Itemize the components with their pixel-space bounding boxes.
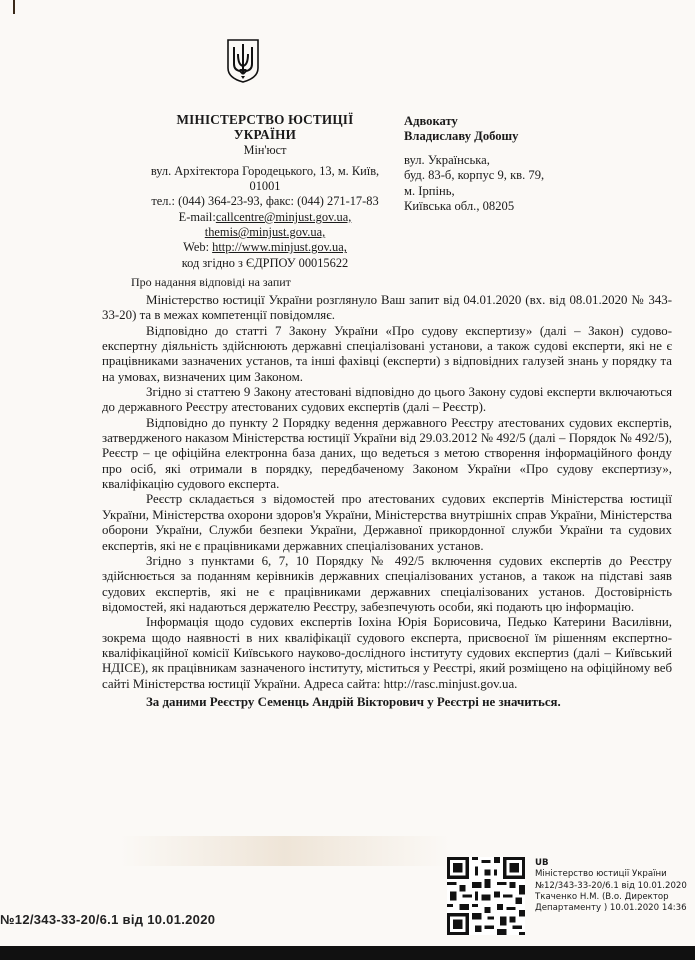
addressee-title: Адвокату [404, 114, 664, 129]
addressee-street: вул. Українська, [404, 153, 664, 168]
qr-code-icon [447, 857, 525, 935]
conclusion-paragraph: За даними Реєстру Семенць Андрій Вікторо… [102, 695, 672, 710]
scan-edge [0, 946, 695, 960]
letter-body: Міністерство юстиції України розглянуло … [102, 293, 672, 710]
electronic-signature-stamp: UB Міністерство юстиції України №12/343-… [447, 857, 695, 945]
stamp-reg: №12/343-33-20/6.1 від 10.01.2020 [535, 881, 695, 892]
ministry-name: МІНІСТЕРСТВО ЮСТИЦІЇ [140, 112, 390, 127]
paragraph: Відповідно до пункту 2 Порядку ведення д… [102, 416, 672, 493]
paragraph: Міністерство юстиції України розглянуло … [102, 293, 672, 324]
ministry-address: вул. Архітектора Городецького, 13, м. Ки… [140, 164, 390, 195]
scan-smudge [120, 836, 450, 866]
ministry-web-row: Web: http://www.minjust.gov.ua, [140, 240, 390, 255]
ministry-abbr: Мін'юст [140, 143, 390, 158]
addressee-block: Адвокату Владиславу Добошу вул. Українсь… [404, 114, 664, 214]
footer-registration-number: №12/343-33-20/6.1 від 10.01.2020 [0, 912, 215, 927]
paragraph: Інформація щодо судових експертів Іохіна… [102, 615, 672, 692]
paragraph: Згідно з пунктами 6, 7, 10 Порядку № 492… [102, 554, 672, 615]
paragraph: Згідно зі статтею 9 Закону атестовані ві… [102, 385, 672, 416]
stamp-system: UB [535, 858, 695, 869]
scan-corner-mark [13, 0, 15, 14]
stamp-signer-dept: Департаменту ) 10.01.2020 14:36 [535, 903, 695, 914]
ministry-email-row: E-mail:callcentre@minjust.gov.ua, [140, 210, 390, 225]
addressee-city: м. Ірпінь, [404, 184, 664, 199]
addressee-building: буд. 83-б, корпус 9, кв. 79, [404, 168, 664, 183]
web-link[interactable]: http://www.minjust.gov.ua, [212, 240, 347, 254]
ministry-phones: тел.: (044) 364-23-93, факс: (044) 271-1… [140, 194, 390, 209]
email-link-callcentre[interactable]: callcentre@minjust.gov.ua, [216, 210, 352, 224]
email-link-themis[interactable]: themis@minjust.gov.ua, [205, 225, 325, 239]
stamp-text: UB Міністерство юстиції України №12/343-… [535, 858, 695, 914]
letter-subject: Про надання відповіді на запит [131, 275, 291, 290]
paragraph: Реєстр складається з відомостей про атес… [102, 492, 672, 553]
ministry-name-country: УКРАЇНИ [140, 127, 390, 142]
letter-page: МІНІСТЕРСТВО ЮСТИЦІЇ УКРАЇНИ Мін'юст вул… [0, 0, 695, 960]
trident-coat-of-arms-icon [226, 38, 260, 84]
ministry-letterhead: МІНІСТЕРСТВО ЮСТИЦІЇ УКРАЇНИ Мін'юст вул… [140, 112, 390, 271]
addressee-name: Владиславу Добошу [404, 129, 664, 144]
paragraph: Відповідно до статті 7 Закону України «П… [102, 324, 672, 385]
web-label: Web: [183, 240, 209, 254]
stamp-signer: Ткаченко Н.М. (В.о. Директор [535, 892, 695, 903]
ministry-edrpou: код згідно з ЄДРПОУ 00015622 [140, 256, 390, 271]
email-label: E-mail: [179, 210, 216, 224]
addressee-region: Київська обл., 08205 [404, 199, 664, 214]
stamp-org: Міністерство юстиції України [535, 869, 695, 880]
